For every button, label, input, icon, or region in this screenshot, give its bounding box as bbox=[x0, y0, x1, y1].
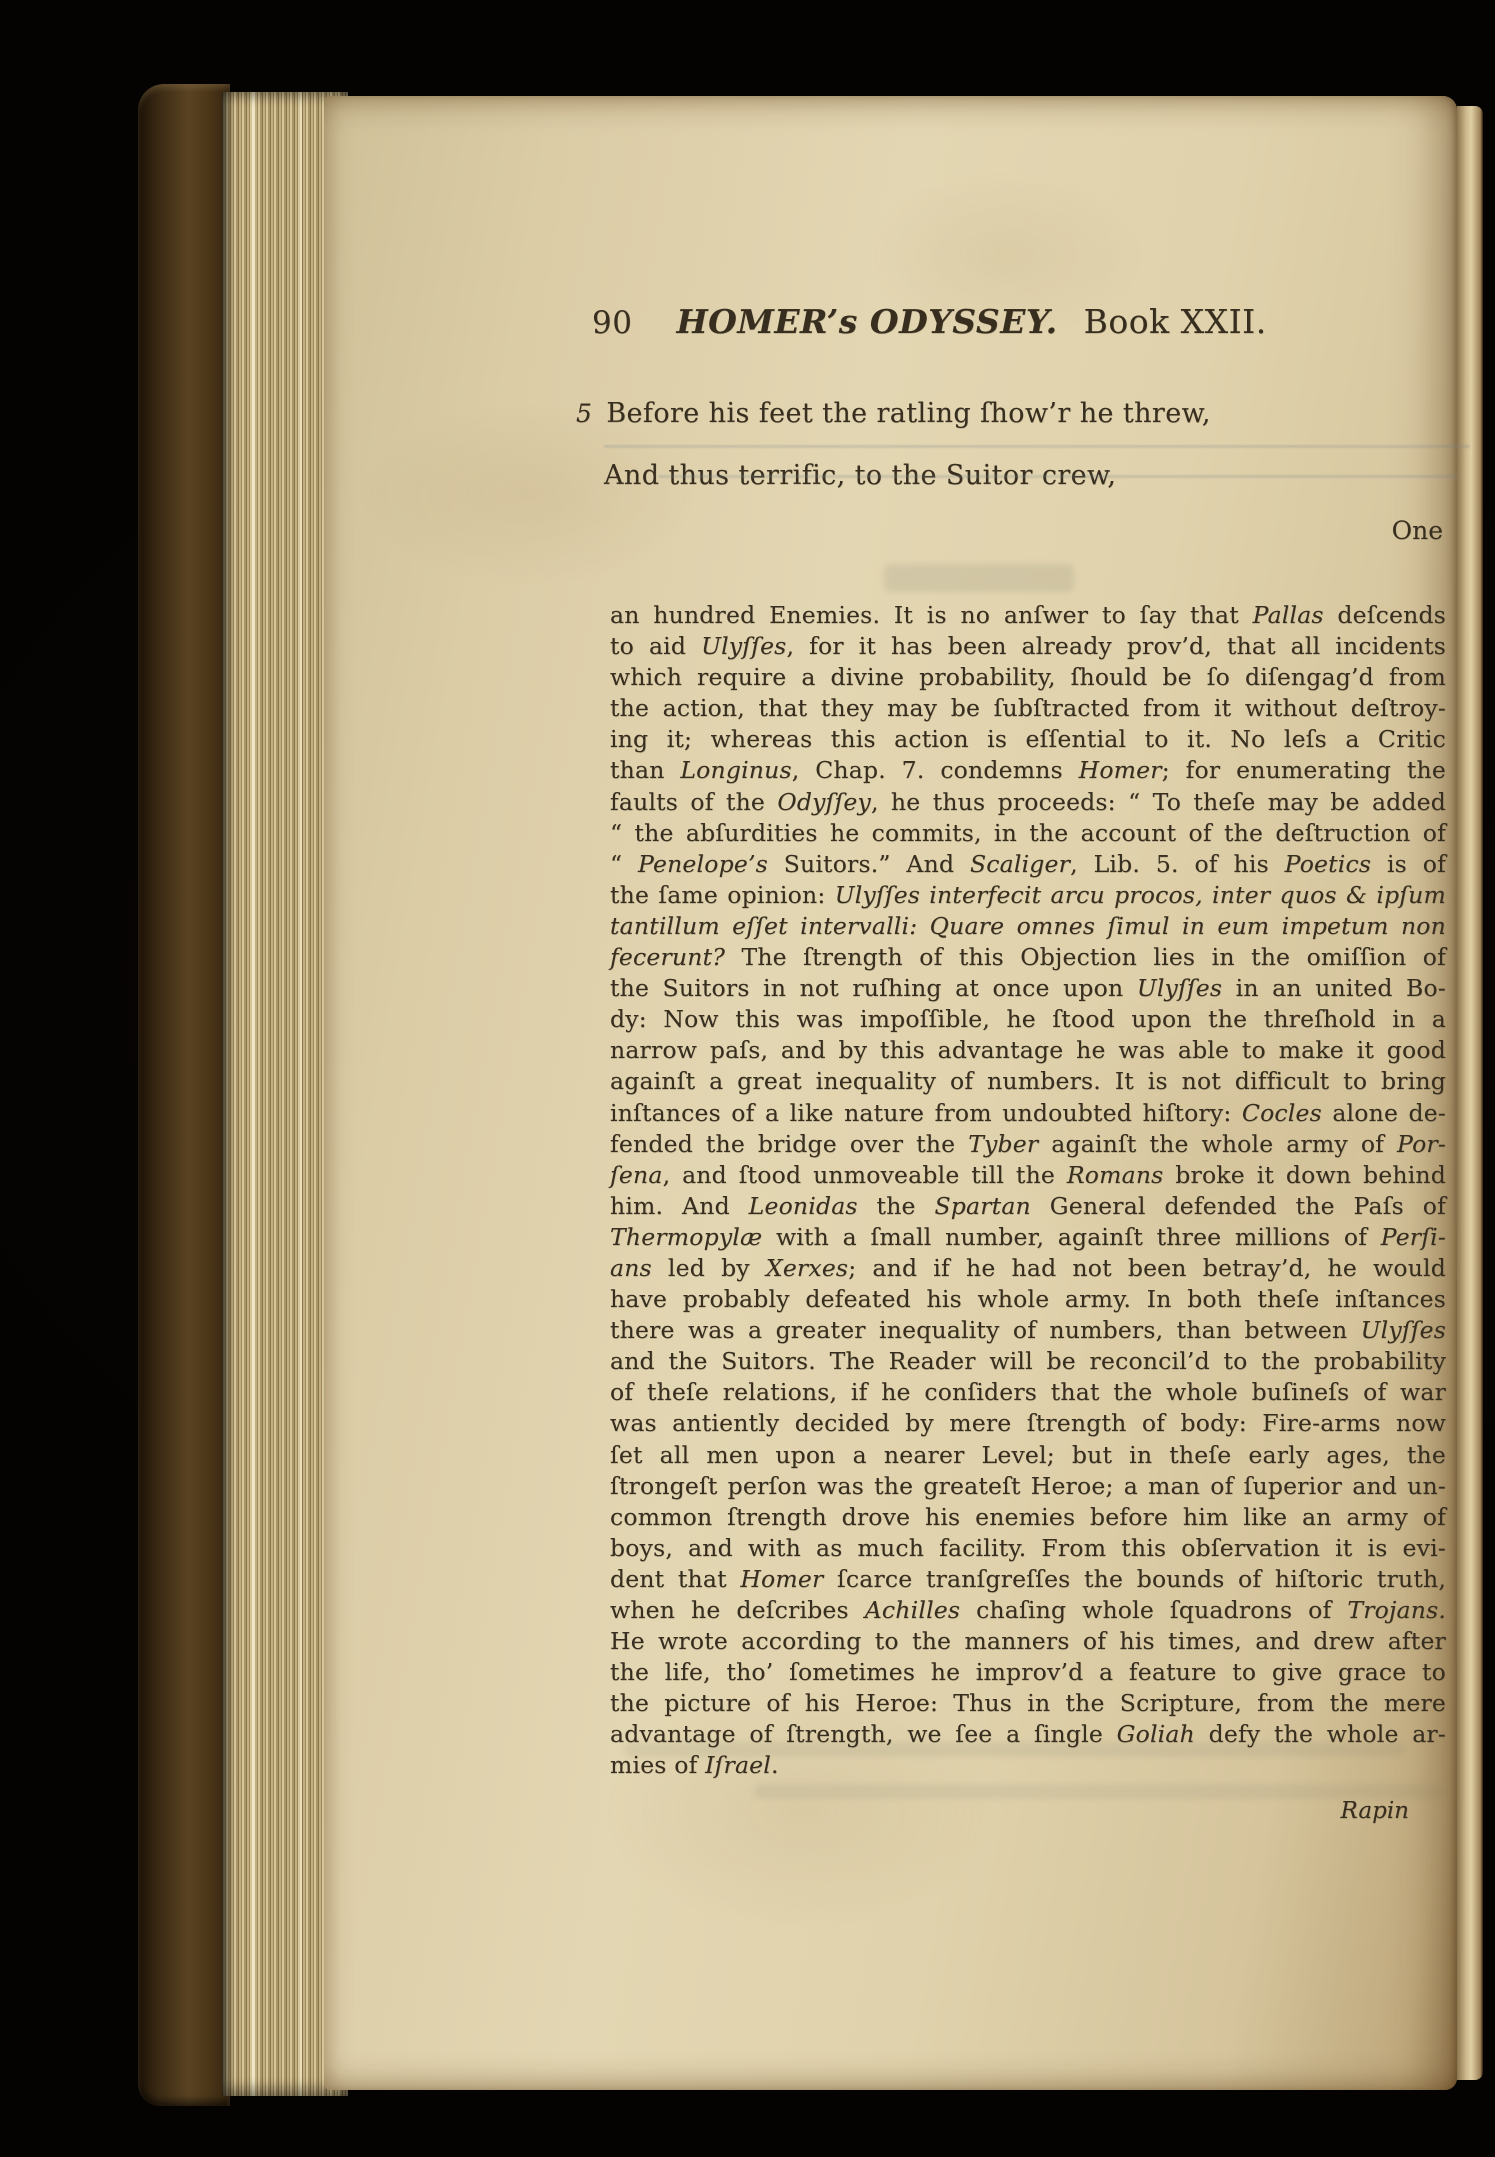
commentary-line: ſtrongeſt perſon was the greateſt Heroe;… bbox=[610, 1471, 1446, 1502]
showthrough-rule bbox=[604, 445, 1470, 448]
commentary-line: advantage of ſtrength, we ſee a ſingle G… bbox=[610, 1719, 1446, 1750]
leather-cover-edge bbox=[138, 84, 230, 2106]
commentary-line: “ the abſurdities he commits, in the acc… bbox=[610, 818, 1446, 849]
catchword-top: One bbox=[1392, 516, 1443, 545]
commentary-line: an hundred Enemies. It is no anſwer to ſ… bbox=[610, 600, 1446, 631]
commentary-line: when he deſcribes Achilles chaſing whole… bbox=[610, 1595, 1446, 1626]
bleedthrough-smudge bbox=[754, 1784, 1444, 1799]
commentary-line: the picture of his Heroe: Thus in the Sc… bbox=[610, 1688, 1446, 1719]
commentary-line: the Suitors in not ruſhing at once upon … bbox=[610, 973, 1446, 1004]
commentary-line: him. And Leonidas the Spartan General de… bbox=[610, 1191, 1446, 1222]
commentary-line: the ſame opinion: Ulyſſes interfecit arc… bbox=[610, 880, 1446, 911]
commentary-line: ans led by Xerxes; and if he had not bee… bbox=[610, 1253, 1446, 1284]
commentary-line: He wrote according to the manners of his… bbox=[610, 1626, 1446, 1657]
book: 90HOMER’s ODYSSEY.Book XXII. 5Before his… bbox=[138, 84, 1487, 2106]
commentary-line: inſtances of a like nature from undoubte… bbox=[610, 1098, 1446, 1129]
verse-line-number: 5 bbox=[576, 399, 592, 428]
commentary-line: there was a greater inequality of number… bbox=[610, 1315, 1446, 1346]
book-page: 90HOMER’s ODYSSEY.Book XXII. 5Before his… bbox=[324, 96, 1457, 2090]
commentary-line: fended the bridge over the Tyber againſt… bbox=[610, 1129, 1446, 1160]
catchword-bottom: Rapin bbox=[1341, 1798, 1409, 1824]
commentary-line: faults of the Odyſſey, he thus proceeds:… bbox=[610, 787, 1446, 818]
commentary-line: tantillum eſſet intervalli: Quare omnes … bbox=[610, 911, 1446, 942]
bleedthrough-smudge bbox=[884, 564, 1074, 592]
commentary-line: dy: Now this was impoſſible, he ſtood up… bbox=[610, 1004, 1446, 1035]
commentary-line: “ Penelope’s Suitors.” And Scaliger, Lib… bbox=[610, 849, 1446, 880]
verse-block: 5Before his feet the ratling ſhow’r he t… bbox=[576, 396, 1476, 520]
commentary-line: fecerunt? The ſtrength of this Objection… bbox=[610, 942, 1446, 973]
verse-line: 5Before his feet the ratling ſhow’r he t… bbox=[576, 396, 1476, 432]
commentary-line: have probably defeated his whole army. I… bbox=[610, 1284, 1446, 1315]
commentary-line: the life, tho’ ſometimes he improv’d a f… bbox=[610, 1657, 1446, 1688]
commentary-line: the action, that they may be ſubſtracted… bbox=[610, 693, 1446, 724]
commentary-line: ſena, and ſtood unmoveable till the Roma… bbox=[610, 1160, 1446, 1191]
showthrough-rule bbox=[658, 475, 1458, 478]
commentary-line: than Longinus, Chap. 7. condemns Homer; … bbox=[610, 755, 1446, 786]
commentary-line: which require a divine probability, ſhou… bbox=[610, 662, 1446, 693]
commentary-line: ſet all men upon a nearer Level; but in … bbox=[610, 1440, 1446, 1471]
commentary-line: narrow paſs, and by this advantage he wa… bbox=[610, 1035, 1446, 1066]
commentary-line: boys, and with as much facility. From th… bbox=[610, 1533, 1446, 1564]
commentary-line: dent that Homer ſcarce tranſgreſſes the … bbox=[610, 1564, 1446, 1595]
commentary-line: ing it; whereas this action is eſſential… bbox=[610, 724, 1446, 755]
folio-number: 90 bbox=[592, 305, 632, 341]
commentary-line: common ſtrength drove his enemies before… bbox=[610, 1502, 1446, 1533]
commentary-line: of theſe relations, if he conſiders that… bbox=[610, 1377, 1446, 1408]
commentary-line: againſt a great inequality of numbers. I… bbox=[610, 1066, 1446, 1097]
commentary-line: was antiently decided by mere ſtrength o… bbox=[610, 1408, 1446, 1439]
commentary-line: and the Suitors. The Reader will be reco… bbox=[610, 1346, 1446, 1377]
commentary-line: to aid Ulyſſes, for it has been already … bbox=[610, 631, 1446, 662]
running-title: HOMER’s ODYSSEY. bbox=[676, 302, 1057, 341]
book-number: Book XXII. bbox=[1084, 302, 1267, 341]
commentary-line: Thermopylæ with a ſmall number, againſt … bbox=[610, 1222, 1446, 1253]
commentary-block: an hundred Enemies. It is no anſwer to ſ… bbox=[610, 600, 1446, 1782]
page-header: 90HOMER’s ODYSSEY.Book XXII. bbox=[592, 302, 1452, 341]
commentary-line: mies of Iſrael. bbox=[610, 1750, 1446, 1781]
